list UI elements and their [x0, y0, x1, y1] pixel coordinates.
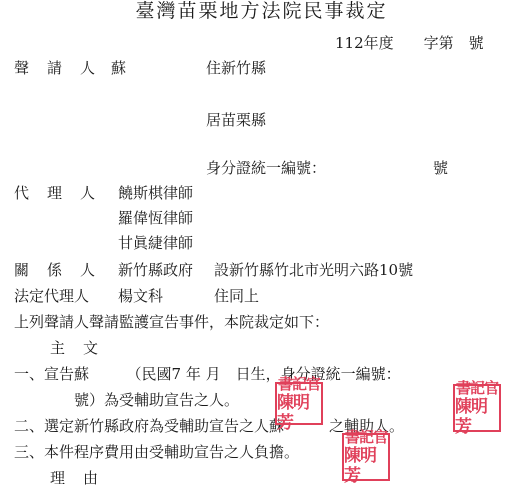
- related-party-name: 新竹縣政府: [118, 261, 193, 279]
- ruling-1-line-1: 一、宣告蘇 （民國7 年 月 日生，身分證統一編號：: [14, 365, 401, 383]
- related-party-label: 關係人: [14, 261, 95, 279]
- legal-representative-name: 楊文科: [118, 287, 163, 305]
- legal-representative-label: 法定代理人: [14, 287, 89, 305]
- applicant-name: 蘇: [111, 59, 126, 77]
- clerk-seal-stamp: 書記官 陳明芳: [453, 384, 501, 432]
- clerk-seal-stamp: 書記官 陳明芳: [342, 433, 390, 481]
- applicant-id-label: 身分證統一編號：: [206, 159, 326, 177]
- applicant-address-2: 居苗栗縣: [206, 111, 266, 129]
- applicant-id-suffix: 號: [433, 159, 448, 177]
- reason-heading: 理由: [50, 469, 98, 486]
- main-heading: 主文: [50, 339, 98, 357]
- preamble: 上列聲請人聲請監護宣告事件，本院裁定如下：: [14, 313, 329, 331]
- ruling-3: 三、本件程序費用由受輔助宣告之人負擔。: [14, 443, 299, 461]
- document-title: 臺灣苗栗地方法院民事裁定: [0, 2, 523, 20]
- case-number: 112年度 字第 號: [335, 34, 484, 52]
- ruling-1-line-2: 號）為受輔助宣告之人。: [14, 391, 239, 409]
- agent-label: 代理人: [14, 184, 95, 202]
- agent-lawyer-3: 甘眞緁律師: [118, 234, 193, 252]
- applicant-address-1: 住新竹縣: [206, 59, 266, 77]
- legal-representative-address: 住同上: [214, 287, 259, 305]
- clerk-seal-stamp: 書記官 陳明芳: [275, 382, 323, 425]
- applicant-label: 聲請人蘇: [14, 59, 126, 77]
- agent-lawyer-2: 羅偉恆律師: [118, 209, 193, 227]
- related-party-address: 設新竹縣竹北市光明六路10號: [214, 261, 413, 279]
- agent-lawyer-1: 饒斯棋律師: [118, 184, 193, 202]
